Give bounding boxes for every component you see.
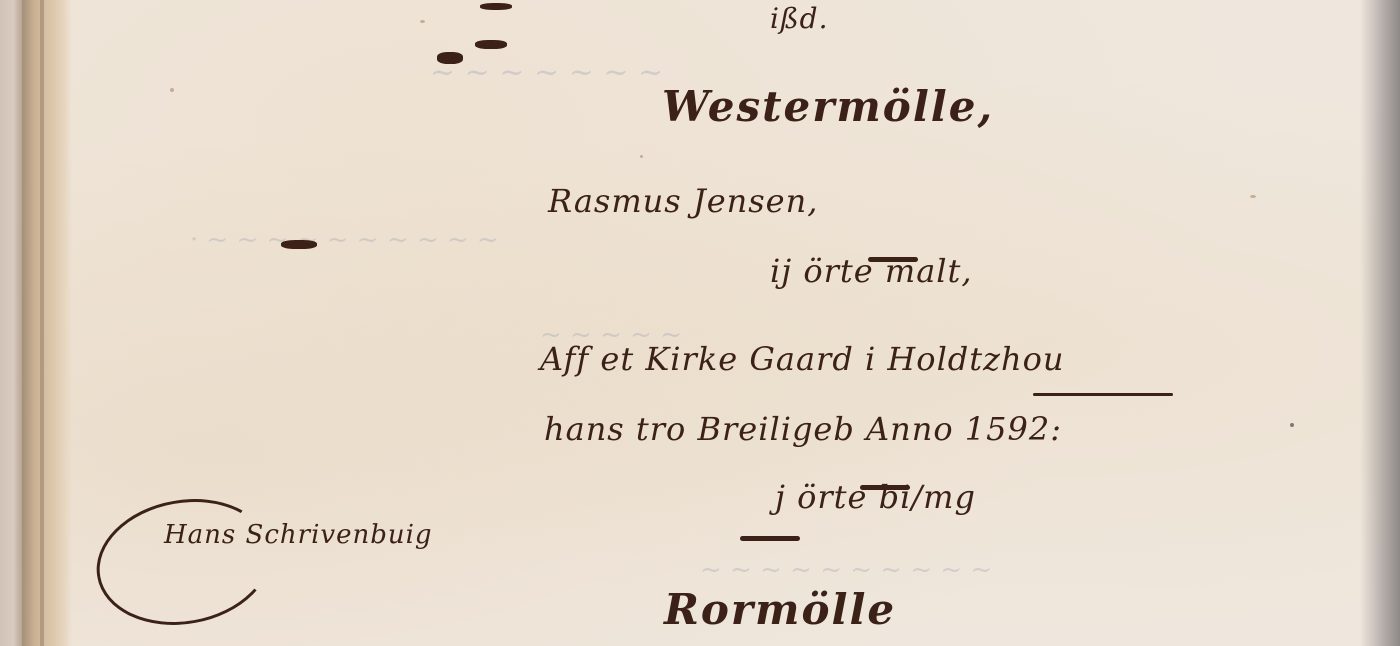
paper-speck [420, 20, 425, 23]
text-line-1: Aff et Kirke Gaard i Holdtzhou [540, 340, 1064, 378]
margin-note-text: Hans Schrivenbuig [164, 520, 433, 550]
paper-speck [170, 88, 174, 92]
paper-speck [1290, 423, 1294, 427]
text-line-2: hans tro Breiligeb Anno 1592: [544, 410, 1062, 448]
bleed-through-text: ~ ~ ~ ~ ~ ~ ~ [430, 55, 663, 90]
bleed-through-text: · ~ ~ ~ ~ ~ ~ ~ ~ ~ ~ [190, 225, 499, 255]
underline-mark [1033, 393, 1173, 396]
margin-note: Hans Schrivenbuig [96, 492, 476, 622]
quantity-line-2: j örte bi/mg [775, 478, 976, 516]
ink-dash [480, 3, 512, 10]
paper-speck [640, 155, 643, 158]
cross-stroke [860, 485, 910, 490]
heading-rormolle: Rormölle [664, 585, 896, 634]
ink-blot [437, 52, 463, 64]
cross-stroke [868, 257, 918, 262]
page-edge-shadow [1360, 0, 1400, 646]
paper-speck [1250, 195, 1256, 198]
ink-dash [475, 40, 507, 49]
manuscript-page: ~ ~ ~ ~ ~ ~ ~ · ~ ~ ~ ~ ~ ~ ~ ~ ~ ~ ~ ~ … [0, 0, 1400, 646]
name-line: Rasmus Jensen, [548, 182, 818, 220]
cross-stroke [740, 536, 800, 541]
book-binding-edge [0, 0, 22, 646]
heading-westermolle: Westermölle, [662, 82, 994, 131]
bleed-through-text: ~ ~ ~ ~ ~ ~ ~ ~ ~ ~ [700, 555, 992, 585]
page-gutter [22, 0, 72, 646]
top-fragment-text: ißd. [770, 2, 828, 35]
flourish-loop [87, 486, 282, 639]
ink-dash [281, 240, 317, 249]
gutter-crease [40, 0, 44, 646]
